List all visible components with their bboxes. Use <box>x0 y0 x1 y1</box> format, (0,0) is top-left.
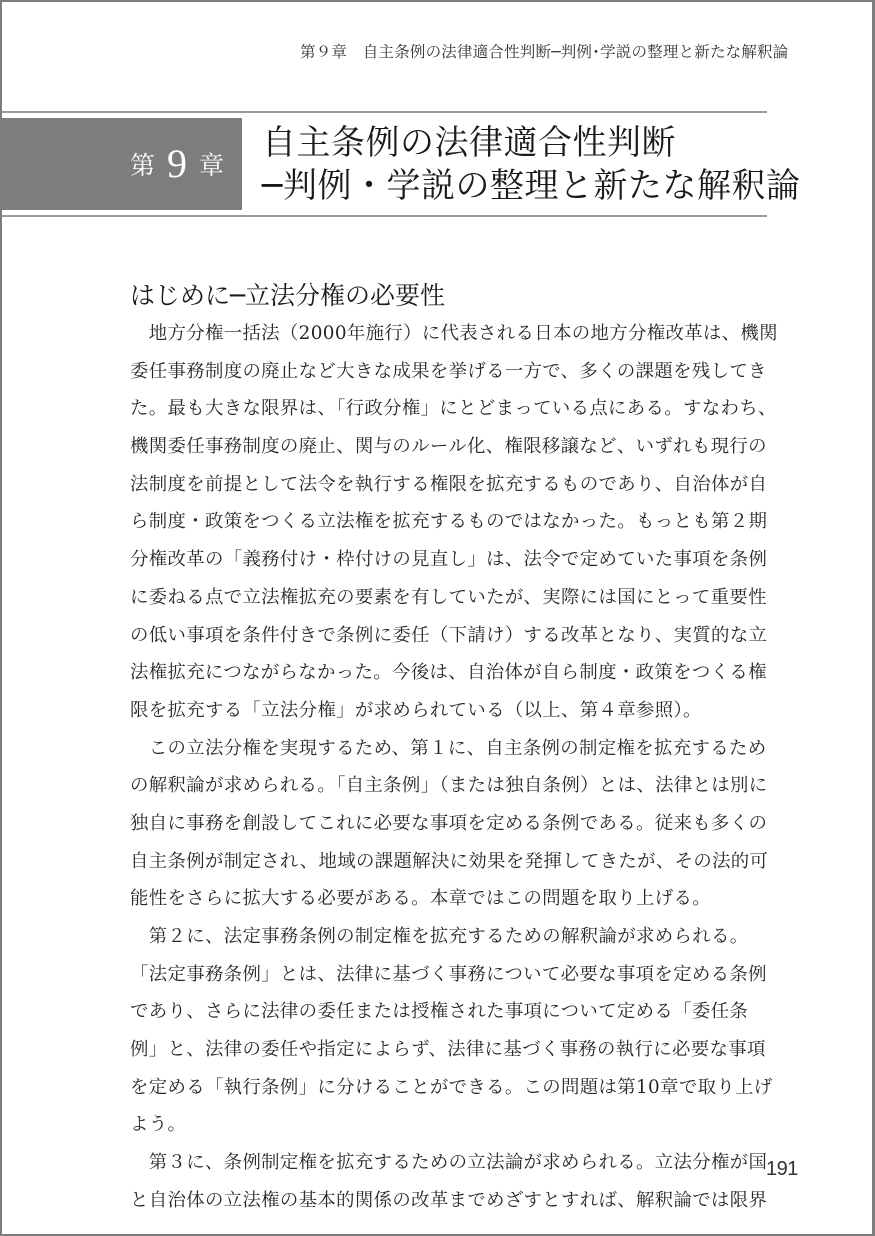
running-head: 第９章 自主条例の法律適合性判断─判例･学説の整理と新たな解釈論 <box>300 40 769 62</box>
body-line: の解釈論が求められる。「自主条例」（または独自条例）とは、法律とは別に <box>130 767 770 805</box>
body-line: 能性をさらに拡大する必要がある。本章ではこの問題を取り上げる。 <box>130 880 770 918</box>
body-line: 独自に事務を創設してこれに必要な事項を定める条例である。従来も多くの <box>130 805 770 843</box>
body-text: 地方分権一括法（2000年施行）に代表される日本の地方分権改革は、機関 委任事務… <box>130 315 770 1220</box>
body-line: 「法定事務条例」とは、法律に基づく事務について必要な事項を定める条例 <box>130 956 770 994</box>
body-line: 地方分権一括法（2000年施行）に代表される日本の地方分権改革は、機関 <box>130 315 770 353</box>
body-line: 分権改革の「義務付け・枠付けの見直し」は、法令で定めていた事項を条例 <box>130 541 770 579</box>
page-number: 191 <box>766 1158 798 1181</box>
header-rule-top <box>2 111 767 113</box>
body-line: 第２に、法定事務条例の制定権を拡充するための解釈論が求められる。 <box>130 918 770 956</box>
chapter-number-box: 第 9 章 <box>2 118 242 210</box>
chapter-title: 自主条例の法律適合性判断 ─判例・学説の整理と新たな解釈論 <box>262 122 782 208</box>
body-line: よう。 <box>130 1106 770 1144</box>
header-rule-bottom <box>2 215 767 217</box>
section-heading: はじめに─立法分権の必要性 <box>130 276 445 312</box>
body-line: 委任事務制度の廃止など大きな成果を挙げる一方で、多くの課題を残してき <box>130 353 770 391</box>
body-line: であり、さらに法律の委任または授権された事項について定める「委任条 <box>130 993 770 1031</box>
chapter-title-line1: 自主条例の法律適合性判断 <box>262 122 782 165</box>
body-line: を定める「執行条例」に分けることができる。この問題は第10章で取り上げ <box>130 1069 770 1107</box>
body-line: に委ねる点で立法権拡充の要素を有していたが、実際には国にとって重要性 <box>130 579 770 617</box>
body-line: この立法分権を実現するため、第１に、自主条例の制定権を拡充するため <box>130 730 770 768</box>
body-line: と自治体の立法権の基本的関係の改革までめざすとすれば、解釈論では限界 <box>130 1182 770 1220</box>
body-line: の低い事項を条件付きで条例に委任（下請け）する改革となり、実質的な立 <box>130 617 770 655</box>
body-line: 例」と、法律の委任や指定によらず、法律に基づく事務の執行に必要な事項 <box>130 1031 770 1069</box>
body-line: 自主条例が制定され、地域の課題解決に効果を発揮してきたが、その法的可 <box>130 843 770 881</box>
chapter-title-line2: ─判例・学説の整理と新たな解釈論 <box>262 165 782 208</box>
body-line: 法制度を前提として法令を執行する権限を拡充するものであり、自治体が自 <box>130 466 770 504</box>
body-line: 限を拡充する「立法分権」が求められている（以上、第４章参照）。 <box>130 692 770 730</box>
body-line: ら制度・政策をつくる立法権を拡充するものではなかった。もっとも第２期 <box>130 503 770 541</box>
chapter-suffix: 章 <box>199 146 224 182</box>
chapter-number: 9 <box>167 144 187 184</box>
body-line: 第３に、条例制定権を拡充するための立法論が求められる。立法分権が国 <box>130 1144 770 1182</box>
body-line: た。最も大きな限界は、「行政分権」にとどまっている点にある。すなわち、 <box>130 390 770 428</box>
chapter-prefix: 第 <box>130 146 155 182</box>
body-line: 法権拡充につながらなかった。今後は、自治体が自ら制度・政策をつくる権 <box>130 654 770 692</box>
body-line: 機関委任事務制度の廃止、関与のルール化、権限移譲など、いずれも現行の <box>130 428 770 466</box>
